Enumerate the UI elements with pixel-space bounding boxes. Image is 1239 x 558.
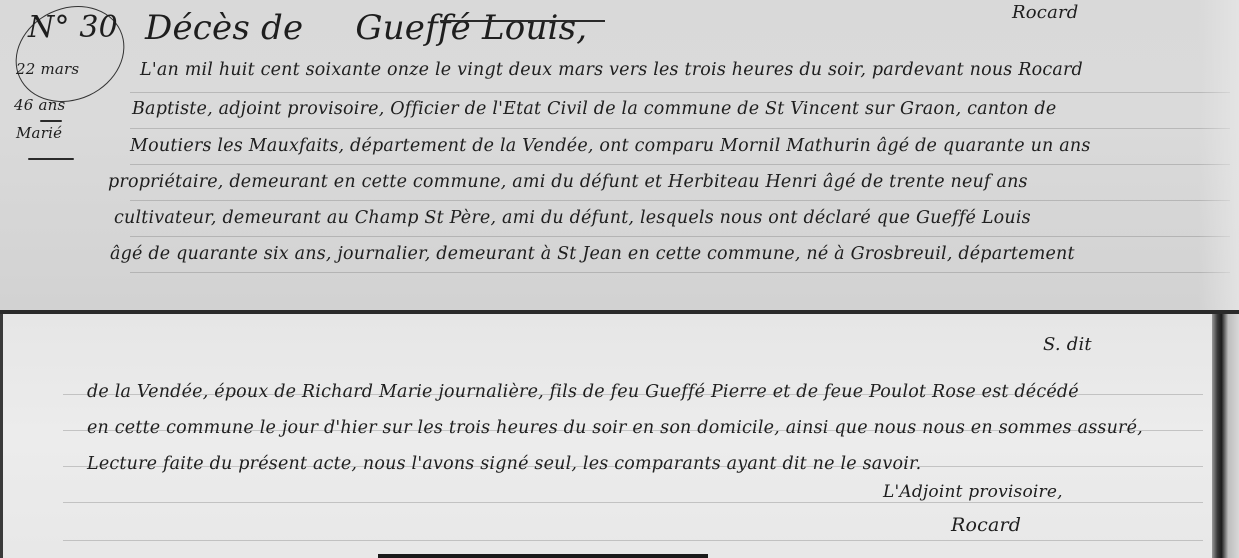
book-binding-edge: [1212, 314, 1239, 558]
ruled-line: [63, 540, 1203, 541]
ruled-line: [130, 236, 1230, 237]
register-page-top: N° 30 22 mars 46 ans Marié Décès de Guef…: [0, 0, 1239, 310]
text-line-4: propriétaire, demeurant en cette commune…: [108, 172, 1028, 192]
ruled-line: [63, 502, 1203, 503]
corner-signature: Rocard: [1012, 2, 1079, 23]
margin-status: Marié: [16, 124, 62, 142]
register-page-bottom: S. dit de la Vendée, époux de Richard Ma…: [0, 314, 1215, 558]
ruled-line: [130, 164, 1230, 165]
next-page-edge: [378, 554, 708, 558]
margin-dash: [28, 158, 74, 160]
text-line-2: Baptiste, adjoint provisoire, Officier d…: [132, 99, 1056, 119]
text-line-8: en cette commune le jour d'hier sur les …: [87, 418, 1143, 438]
closing-title: L'Adjoint provisoire,: [883, 482, 1063, 502]
ruled-line: [130, 128, 1230, 129]
margin-dash: [40, 120, 62, 122]
deceased-name: Gueffé Louis,: [355, 8, 587, 48]
margin-date: 22 mars: [16, 60, 79, 78]
act-number: N° 30: [28, 10, 118, 45]
text-line-3: Moutiers les Mauxfaits, département de l…: [130, 136, 1091, 156]
text-line-7: de la Vendée, époux de Richard Marie jou…: [87, 382, 1079, 402]
text-line-5: cultivateur, demeurant au Champ St Père,…: [114, 208, 1031, 228]
text-line-9: Lecture faite du présent acte, nous l'av…: [87, 454, 921, 474]
ruled-line: [130, 200, 1230, 201]
text-line-6: âgé de quarante six ans, journalier, dem…: [110, 244, 1075, 264]
text-line-1: L'an mil huit cent soixante onze le ving…: [140, 60, 1083, 80]
margin-age: 46 ans: [14, 96, 65, 114]
record-heading: Décès de Gueffé Louis,: [145, 8, 587, 48]
heading-prefix: Décès de: [145, 8, 303, 48]
heading-underline: [440, 20, 605, 22]
official-signature: Rocard: [951, 514, 1021, 536]
marginal-note: S. dit: [1043, 334, 1092, 355]
ruled-line: [130, 272, 1230, 273]
ruled-line: [130, 92, 1230, 93]
